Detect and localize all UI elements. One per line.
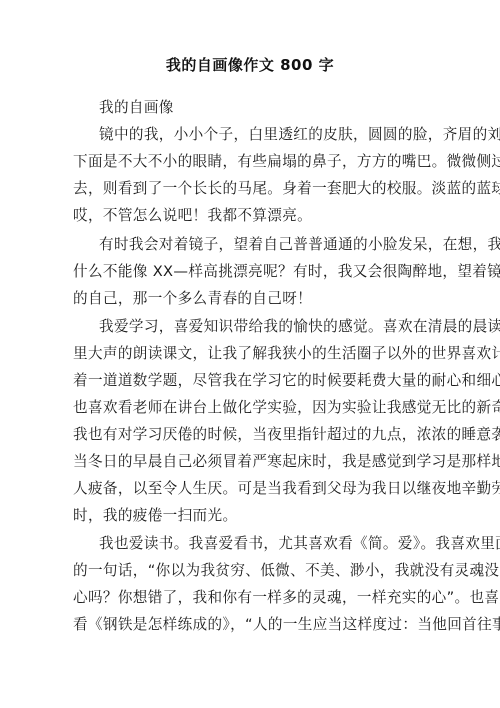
paragraph-line: 心吗？你想错了，我和你有一样多的灵魂，一样充实的心”。也喜欢 bbox=[73, 589, 429, 607]
paragraph-line: 下面是不大不小的眼睛，有些扁塌的鼻子，方方的嘴巴。微微侧过身 bbox=[73, 153, 429, 171]
paragraph-line: 人疲备，以至令人生厌。可是当我看到父母为我日以继夜地辛勤劳作 bbox=[73, 480, 429, 498]
paragraph-line: 有时我会对着镜子，望着自己普普通通的小脸发呆，在想，我为 bbox=[99, 236, 429, 254]
paragraph-line: 我爱学习，喜爱知识带给我的愉快的感觉。喜欢在清晨的晨读课 bbox=[99, 318, 429, 336]
paragraph-line: 我也有对学习厌倦的时候，当夜里指针超过的九点，浓浓的睡意袭来， bbox=[73, 426, 429, 444]
paragraph-line: 去，则看到了一个长长的马尾。身着一套肥大的校服。淡蓝的蓝球鞋。 bbox=[73, 180, 429, 198]
paragraph-line: 当冬日的早晨自己必须冒着严寒起床时，我是感觉到学习是那样地让 bbox=[73, 453, 429, 471]
paragraph-line: 镜中的我，小小个子，白里透红的皮肤，圆圆的脸，齐眉的刘海 bbox=[99, 126, 429, 144]
paragraph-line: 什么不能像 XX—样高挑漂亮呢？有时，我又会很陶醉地，望着镜中 bbox=[73, 263, 429, 281]
document-title: 我的自画像作文 800 字 bbox=[0, 54, 500, 75]
paragraph-line: 的自己，那一个多么青春的自己呀！ bbox=[73, 290, 429, 308]
paragraph-line: 也喜欢看老师在讲台上做化学实验，因为实验让我感觉无比的新奇。 bbox=[73, 399, 429, 417]
paragraph-line: 着一道道数学题，尽管我在学习它的时候要耗费大量的耐心和细心。 bbox=[73, 372, 429, 390]
paragraph-line: 里大声的朗读课文，让我了解我狭小的生活圈子以外的世界喜欢计算 bbox=[73, 345, 429, 363]
paragraph-line: 我也爱读书。我喜爱看书，尤其喜欢看《简。爱》。我喜欢里面 bbox=[99, 535, 429, 553]
document-page: 我的自画像作文 800 字 我的自画像 镜中的我，小小个子，白里透红的皮肤，圆圆… bbox=[0, 0, 500, 708]
paragraph-line: 的一句话，“你以为我贫穷、低微、不美、渺小，我就没有灵魂没有 bbox=[73, 562, 429, 580]
subheading: 我的自画像 bbox=[99, 99, 429, 117]
paragraph-line: 哎，不管怎么说吧！我都不算漂亮。 bbox=[73, 207, 429, 225]
paragraph-line: 看《钢铁是怎样练成的》，“人的一生应当这样度过：当他回首往事 bbox=[73, 616, 429, 634]
paragraph-line: 时，我的疲倦一扫而光。 bbox=[73, 507, 429, 525]
